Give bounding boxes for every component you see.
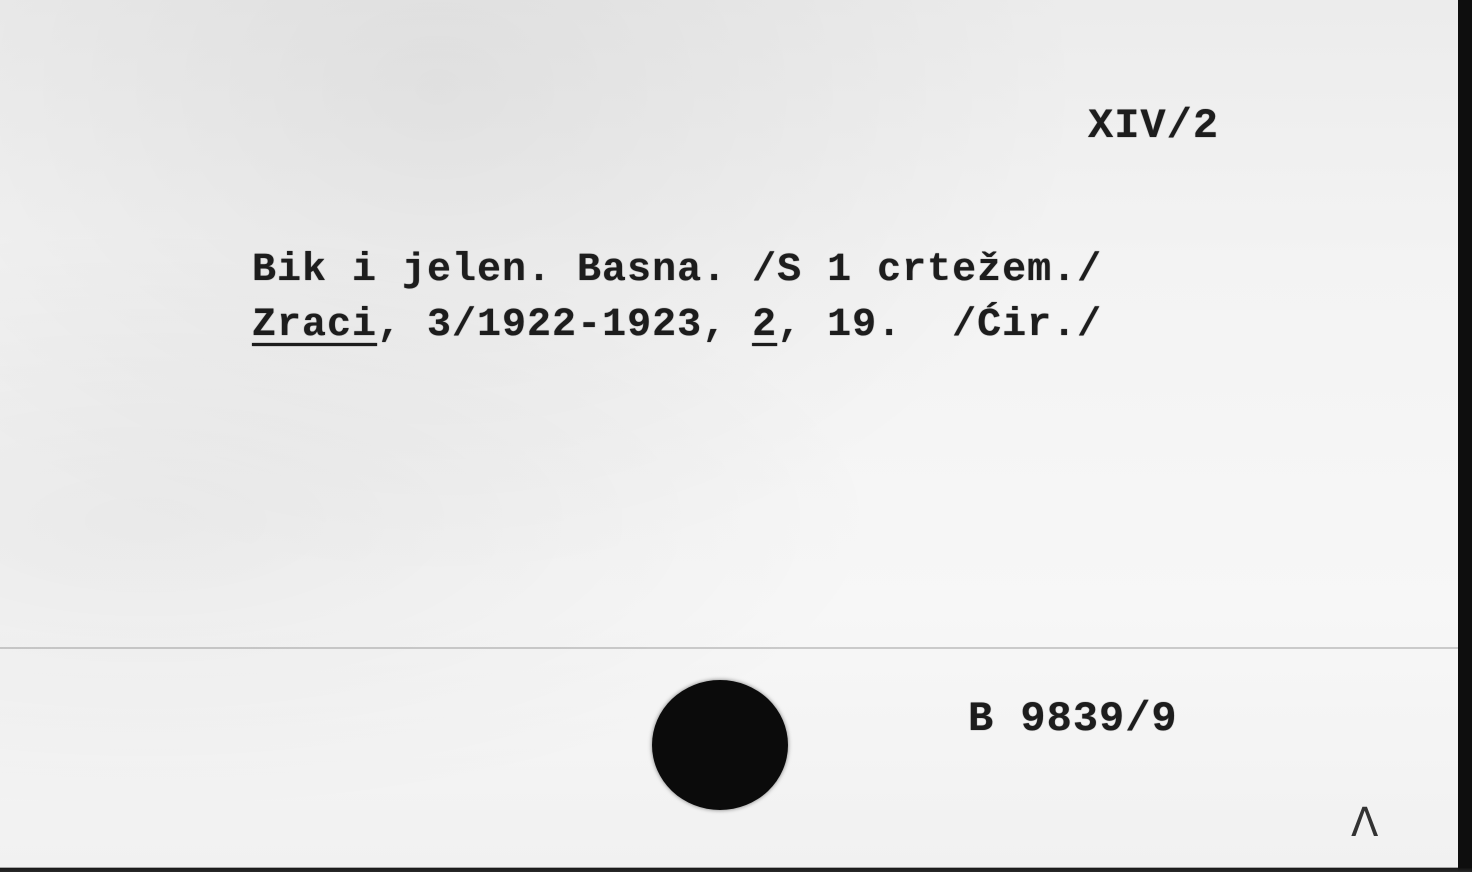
catalog-card: XIV/2 Bik i jelen. Basna. /S 1 crtežem./… (0, 0, 1460, 868)
source-title: Zraci (252, 303, 377, 348)
source-volume: 2 (752, 303, 777, 348)
source-page-script: , 19. /Ćir./ (777, 303, 1102, 348)
entry-title-line: Bik i jelen. Basna. /S 1 crtežem./ (252, 248, 1102, 293)
fold-line (0, 647, 1458, 649)
entry-source-line: Zraci, 3/1922-1923, 2, 19. /Ćir./ (252, 303, 1102, 348)
shelf-mark: B 9839/9 (968, 695, 1178, 743)
punch-hole (652, 680, 788, 810)
card-edge-shadow-bottom (0, 867, 1472, 872)
handwritten-caret-mark: Λ (1351, 800, 1378, 846)
classification-number: XIV/2 (1088, 102, 1219, 150)
source-years: , 3/1922-1923, (377, 303, 752, 348)
card-edge-shadow-right (1458, 0, 1472, 872)
